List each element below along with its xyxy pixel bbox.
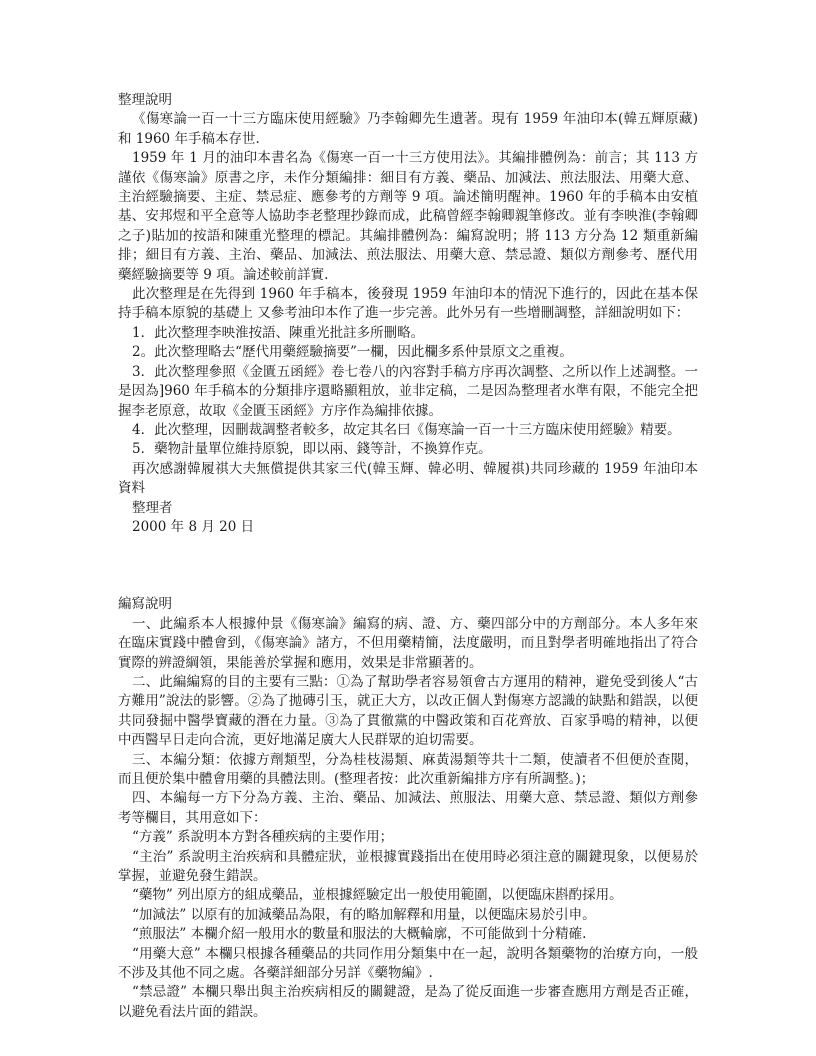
paragraph: 一、此編系本人根據仲景《傷寒論》編寫的病、證、方、藥四部分中的方劑部分。本人多年… xyxy=(118,615,698,673)
document-page: 整理說明 《傷寒論一百一十三方臨床使用經驗》乃李翰卿先生遺著。現有 1959 年… xyxy=(118,91,698,1022)
list-item: 5．藥物計量單位維持原貌，即以兩、錢等計，不換算作克。 xyxy=(118,440,698,459)
definition-item: “煎服法” 本欄介紹一般用水的數量和服法的大概輪廓，不可能做到十分精確. xyxy=(118,925,698,944)
section-title-compilation-notes: 編寫說明 xyxy=(118,595,698,614)
definition-item: “方義” 系說明本方對各種疾病的主要作用； xyxy=(118,828,698,847)
list-item: 1．此次整理李映淮按語、陳重光批註多所刪略。 xyxy=(118,324,698,343)
list-item: 4．此次整理，因刪裁調整者較多，故定其名曰《傷寒論一百一十三方臨床使用經驗》精要… xyxy=(118,421,698,440)
definition-item: “用藥大意” 本欄只根據各種藥品的共同作用分類集中在一起，說明各類藥物的治療方向… xyxy=(118,945,698,984)
section-spacer xyxy=(118,537,698,595)
definition-item: “主治” 系說明主治疾病和具體症狀，並根據實踐指出在使用時必須注意的關鍵現象，以… xyxy=(118,848,698,887)
paragraph: 四、本編每一方下分為方義、主治、藥品、加減法、煎服法、用藥大意、禁忌證、類似方劑… xyxy=(118,789,698,828)
paragraph: 再次感謝韓履祺大夫無償提供其家三代(韓玉輝、韓必明、韓履祺)共同珍藏的 1959… xyxy=(118,460,698,499)
list-item: 3．此次整理參照《金匱五函經》卷七卷八的內容對手稿方序再次調整、之所以作上述調整… xyxy=(118,363,698,421)
signature: 整理者 xyxy=(118,499,698,518)
definition-item: “禁忌證” 本欄只舉出與主治疾病相反的關鍵證，是為了從反面進一步審查應用方劑是否… xyxy=(118,983,698,1022)
paragraph: 二、此編編寫的目的主要有三點：①為了幫助學者容易領會古方運用的精神，避免受到後人… xyxy=(118,673,698,751)
section-title-editorial-notes: 整理說明 xyxy=(118,91,698,110)
paragraph: 《傷寒論一百一十三方臨床使用經驗》乃李翰卿先生遺著。現有 1959 年油印本(韓… xyxy=(118,110,698,149)
list-item: 2。此次整理略去“歷代用藥經驗摘要”一欄，因此欄多系仲景原文之重複。 xyxy=(118,343,698,362)
paragraph: 三、本編分類：依據方劑類型，分為桂枝湯類、麻黃湯類等共十二類，使讀者不但便於查閱… xyxy=(118,751,698,790)
paragraph: 1959 年 1 月的油印本書名為《傷寒一百一十三方使用法》。其編排體例為：前言… xyxy=(118,149,698,285)
definition-item: “藥物” 列出原方的組成藥品，並根據經驗定出一般使用範圍，以便臨床斟酌採用。 xyxy=(118,886,698,905)
paragraph: 此次整理是在先得到 1960 年手稿本，後發現 1959 年油印本的情況下進行的… xyxy=(118,285,698,324)
date: 2000 年 8 月 20 日 xyxy=(118,518,698,537)
definition-item: “加減法” 以原有的加減藥品為限，有的略加解釋和用量，以便臨床易於引申。 xyxy=(118,906,698,925)
